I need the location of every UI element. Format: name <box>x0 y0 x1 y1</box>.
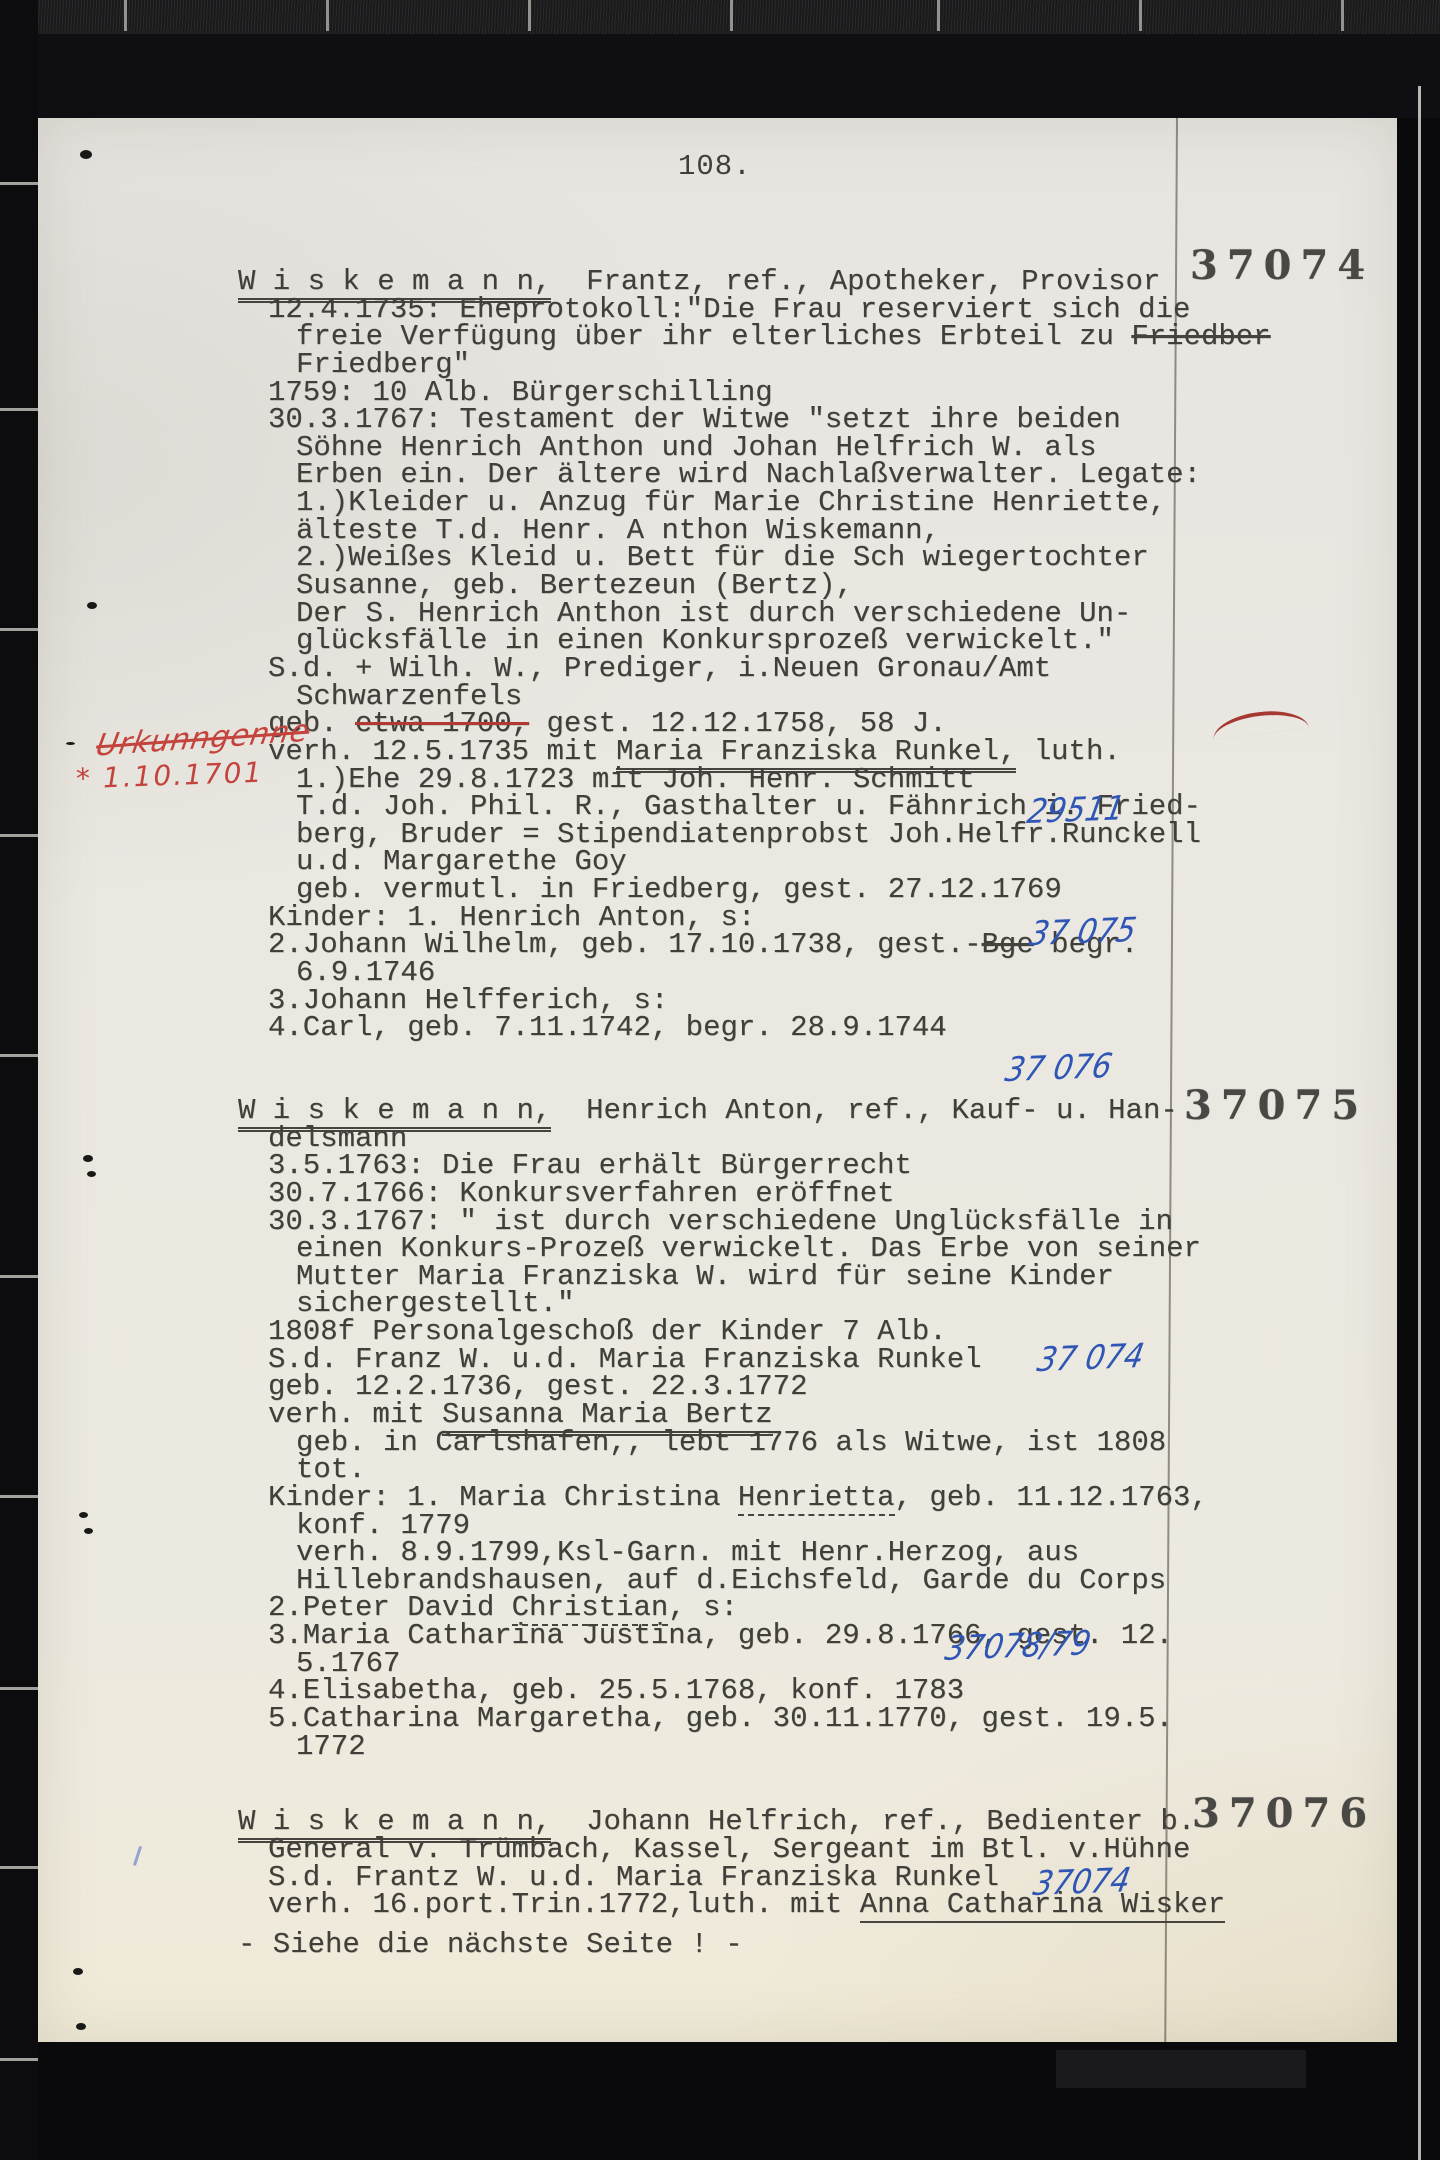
film-tick <box>124 0 127 31</box>
typed-line: W i s k e m a n n, Johann Helfrich, ref.… <box>238 1808 1318 1836</box>
typed-line: S.d. Franz W. u.d. Maria Franziska Runke… <box>268 1346 1318 1374</box>
typed-line: 3.Johann Helfferich, s: <box>268 987 1318 1015</box>
typed-line: Schwarzenfels <box>296 683 1318 711</box>
typed-line: verh. 12.5.1735 mit Maria Franziska Runk… <box>268 738 1318 766</box>
typed-line: 3.5.1763: Die Frau erhält Bürgerrecht <box>268 1152 1318 1180</box>
typed-line: geb. 12.2.1736, gest. 22.3.1772 <box>268 1373 1318 1401</box>
stamp-number-37075: 37075 <box>1184 1086 1368 1126</box>
typed-line: 1759: 10 Alb. Bürgerschilling <box>268 379 1318 407</box>
typed-line: Hillebrandshausen, auf d.Eichsfeld, Gard… <box>296 1567 1318 1595</box>
film-tick <box>0 1495 38 1498</box>
film-tick <box>937 0 940 31</box>
typed-line: General v. Trümbach, Kassel, Sergeant im… <box>268 1836 1318 1864</box>
typed-line: 1772 <box>296 1733 1318 1761</box>
typed-line: 30.3.1767: Testament der Witwe "setzt ih… <box>268 406 1318 434</box>
typed-line: sichergestellt." <box>296 1290 1318 1318</box>
typed-line: Friedberg" <box>296 351 1318 379</box>
film-tick <box>0 1054 38 1057</box>
blue-ref-37074-b: 37074 <box>1031 1864 1133 1901</box>
film-tick <box>0 1275 38 1278</box>
blue-ref-37075: 37 075 <box>1027 914 1139 952</box>
film-tick <box>0 834 38 837</box>
film-edge-left <box>0 0 38 2160</box>
film-dark-band <box>0 34 1440 118</box>
typed-line: W i s k e m a n n, Henrich Anton, ref., … <box>238 1097 1318 1125</box>
page-number: 108. <box>678 150 752 183</box>
typed-line: Susanne, geb. Bertezeun (Bertz), <box>296 572 1318 600</box>
ink-speck <box>79 1512 88 1518</box>
typed-line: 4.Carl, geb. 7.11.1742, begr. 28.9.1744 <box>268 1014 1318 1042</box>
typed-line: 1.)Kleider u. Anzug für Marie Christine … <box>296 489 1318 517</box>
film-tick <box>0 1866 38 1869</box>
footer-note: - Siehe die nächste Seite ! - <box>238 1931 1318 1959</box>
film-tick <box>1341 0 1344 31</box>
typed-line: älteste T.d. Henr. A nthon Wiskemann, <box>296 517 1318 545</box>
film-tick <box>326 0 329 31</box>
film-tick <box>0 628 38 631</box>
typed-line: S.d. Frantz W. u.d. Maria Franziska Runk… <box>268 1864 1318 1892</box>
typed-line: W i s k e m a n n, Frantz, ref., Apothek… <box>238 268 1318 296</box>
typed-line: 1808f Personalgeschoß der Kinder 7 Alb. <box>268 1318 1318 1346</box>
ink-speck <box>84 1528 93 1534</box>
blue-ref-37076: 37 076 <box>1003 1050 1115 1088</box>
entry-wiskemann-frantz: W i s k e m a n n, Frantz, ref., Apothek… <box>238 268 1318 1042</box>
typed-line: 1.)Ehe 29.8.1723 mit Joh. Henr. Schmitt <box>296 766 1318 794</box>
film-tick <box>0 1687 38 1690</box>
typed-line: u.d. Margarethe Goy <box>296 848 1318 876</box>
typed-line: geb. vermutl. in Friedberg, gest. 27.12.… <box>296 876 1318 904</box>
typed-line: 30.7.1766: Konkursverfahren eröffnet <box>268 1180 1318 1208</box>
ink-speck <box>73 1968 83 1975</box>
typed-line: T.d. Joh. Phil. R., Gasthalter u. Fähnri… <box>296 793 1318 821</box>
typed-line: 5.Catharina Margaretha, geb. 30.11.1770,… <box>268 1705 1318 1733</box>
typed-line: geb. etwa 1700, gest. 12.12.1758, 58 J. <box>268 710 1318 738</box>
film-tick <box>0 408 38 411</box>
ink-speck <box>87 602 97 609</box>
stamp-number-37076: 37076 <box>1192 1794 1376 1834</box>
typed-line: 2.Peter David Christian, s: <box>268 1594 1318 1622</box>
typed-line: 4.Elisabetha, geb. 25.5.1768, konf. 1783 <box>268 1677 1318 1705</box>
red-date-note: * 1.10.1701 <box>76 759 264 794</box>
stamp-number-37074: 37074 <box>1190 246 1374 286</box>
film-edge-top <box>0 0 1440 34</box>
typed-line: Mutter Maria Franziska W. wird für seine… <box>296 1263 1318 1291</box>
typed-line: glücksfälle in einen Konkursprozeß verwi… <box>296 627 1318 655</box>
ink-speck <box>83 1155 93 1162</box>
typed-line: 2.)Weißes Kleid u. Bett für die Sch wieg… <box>296 544 1318 572</box>
paper-sheet: 108. W i s k e m a n n, Frantz, ref., Ap… <box>38 118 1397 2042</box>
film-scratch-line <box>1418 86 1421 2160</box>
typed-line: verh. mit Susanna Maria Bertz <box>268 1401 1318 1429</box>
typed-line: Kinder: 1. Maria Christina Henrietta, ge… <box>268 1484 1318 1512</box>
typed-line: geb. in Carlshafen,, lebt 1776 als Witwe… <box>296 1429 1318 1457</box>
entry-wiskemann-henrich-anton: W i s k e m a n n, Henrich Anton, ref., … <box>238 1097 1318 1760</box>
typed-line: 30.3.1767: " ist durch verschiedene Ungl… <box>268 1208 1318 1236</box>
entry-wiskemann-johann-helfrich: W i s k e m a n n, Johann Helfrich, ref.… <box>238 1808 1318 1919</box>
typed-line: 2.Johann Wilhelm, geb. 17.10.1738, gest.… <box>268 931 1318 959</box>
typed-line: Söhne Henrich Anthon und Johan Helfrich … <box>296 434 1318 462</box>
typed-line: 5.1767 <box>296 1650 1318 1678</box>
typed-line: S.d. + Wilh. W., Prediger, i.Neuen Grona… <box>268 655 1318 683</box>
typed-line: 6.9.1746 <box>296 959 1318 987</box>
blue-ref-37074-a: 37 074 <box>1035 1340 1147 1378</box>
blue-ref-29511: 29511 <box>1025 792 1127 829</box>
blue-ref-37078-79: 37078/79 <box>942 1627 1093 1666</box>
typed-line: Erben ein. Der ältere wird Nachlaßverwal… <box>296 461 1318 489</box>
scanned-document-page: 108. W i s k e m a n n, Frantz, ref., Ap… <box>0 0 1440 2160</box>
typed-line: 3.Maria Catharina Justina, geb. 29.8.176… <box>268 1622 1318 1650</box>
film-tick <box>730 0 733 31</box>
typed-line: Der S. Henrich Anthon ist durch verschie… <box>296 600 1318 628</box>
typed-text-block: W i s k e m a n n, Frantz, ref., Apothek… <box>238 268 1318 1959</box>
typed-line: 12.4.1735: Eheprotokoll:"Die Frau reserv… <box>268 296 1318 324</box>
film-tick <box>0 2058 38 2061</box>
typed-line: tot. <box>296 1456 1318 1484</box>
typed-line: freie Verfügung über ihr elterliches Erb… <box>296 323 1318 351</box>
typed-line: - Siehe die nächste Seite ! - <box>238 1931 1318 1959</box>
ink-speck <box>87 1171 96 1177</box>
typed-line: einen Konkurs-Prozeß verwickelt. Das Erb… <box>296 1235 1318 1263</box>
typed-line: verh. 16.port.Trin.1772,luth. mit Anna C… <box>268 1891 1318 1919</box>
film-bottom-patch <box>1056 2050 1306 2088</box>
film-tick <box>528 0 531 31</box>
typed-line: berg, Bruder = Stipendiatenprobst Joh.He… <box>296 821 1318 849</box>
typed-line: verh. 8.9.1799,Ksl-Garn. mit Henr.Herzog… <box>296 1539 1318 1567</box>
film-tick <box>1139 0 1142 31</box>
film-tick <box>0 182 38 185</box>
ink-speck <box>76 2023 86 2030</box>
ink-speck <box>66 742 75 745</box>
ink-speck <box>80 150 92 159</box>
blue-pen-tick <box>133 1846 142 1866</box>
typed-line: Kinder: 1. Henrich Anton, s: <box>268 904 1318 932</box>
